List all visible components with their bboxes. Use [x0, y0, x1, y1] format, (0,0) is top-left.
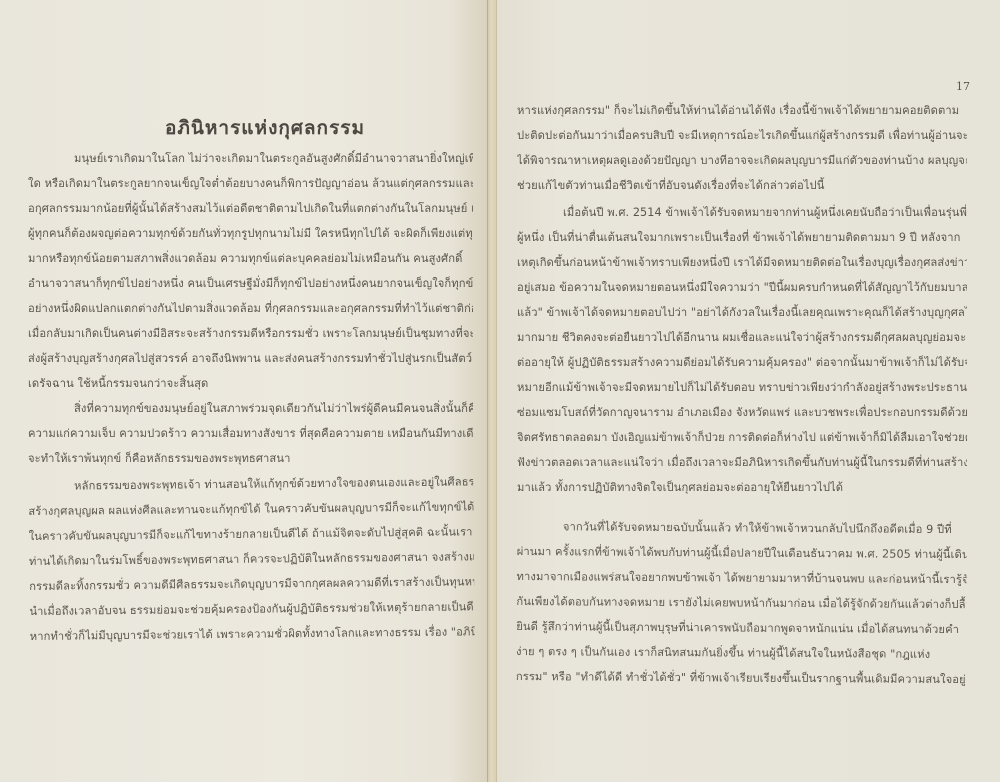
text-line: อกุศลกรรมมากน้อยที่ผู้นั้นได้สร้างสมไว้แ…: [28, 196, 473, 221]
text-line: ความแก่ความเจ็บ ความปวดร้าว ความเสื่อมทา…: [28, 421, 473, 446]
book-spine: [487, 0, 497, 782]
paragraph-2: เมื่อต้นปี พ.ศ. 2514 ข้าพเจ้าได้รับจดหมา…: [517, 200, 967, 500]
text-line: จะทำให้เราพ้นทุกข์ ก็คือหลักธรรมของพระพุ…: [28, 446, 473, 471]
paragraph-3: จากวันที่ได้รับจดหมายฉบับนั้นแล้ว ทำให้ข…: [516, 514, 967, 692]
right-page: 17 หารแห่งกุศลกรรม" ก็จะไม่เกิดขึ้นให้ท่…: [497, 0, 1000, 782]
text-line: ต่ออายุให้ ผู้ปฏิบัติธรรมสร้างความดีย่อม…: [517, 350, 967, 375]
text-line: ทางมาจากเมืองแพร่สนใจอยากพบข้าพเจ้า ได้พ…: [516, 564, 966, 592]
text-line: หากทำชั่วก็ไม่มีบุญบารมีจะช่วยเราได้ เพร…: [30, 619, 475, 649]
text-line: ปะติดปะต่อกันมาว่าเมื่อครบสิบปี จะมีเหตุ…: [517, 123, 967, 148]
text-line: จิตศรัทธาตลอดมา บังเอิญแม่ข้าพเจ้าก็ป่วย…: [517, 425, 967, 450]
text-line: อยู่เสมอ ข้อความในจดหมายตอนหนึ่งมีใจความ…: [517, 275, 967, 300]
paragraph-1: มนุษย์เราเกิดมาในโลก ไม่ว่าจะเกิดมาในตระ…: [28, 146, 473, 396]
text-line: ช่วยแก้ไขตัวท่านเมื่อชีวิตเข้าที่อับจนดั…: [517, 173, 967, 198]
text-line: แล้ว" ข้าพเจ้าได้จดหมายตอบไปว่า "อย่าได้…: [517, 300, 967, 325]
text-line: มาแล้ว ทั้งการปฏิบัติทางจิตใจเป็นกุศลย่อ…: [517, 475, 967, 500]
text-line: เดรัจฉาน ใช้หนี้กรรมจนกว่าจะสิ้นสุด: [28, 371, 473, 396]
text-line: กรรม" หรือ "ทำดีได้ดี ทำชั่วได้ชั่ว" ที่…: [516, 664, 966, 692]
text-line: ฟังข่าวตลอดเวลาและแน่ใจว่า เมื่อถึงเวลาจ…: [517, 450, 967, 475]
text-line: อย่างหนึ่งผิดแปลกแตกต่างกันไปตามสิ่งแวดล…: [28, 296, 473, 321]
paragraph-2: สิ่งที่ความทุกข์ของมนุษย์อยู่ในสภาพร่วมจ…: [28, 396, 473, 471]
page-number: 17: [956, 80, 970, 93]
text-line: สิ่งที่ความทุกข์ของมนุษย์อยู่ในสภาพร่วมจ…: [28, 396, 473, 421]
text-line: หารแห่งกุศลกรรม" ก็จะไม่เกิดขึ้นให้ท่านไ…: [517, 98, 967, 123]
text-line: ผู้ทุกคนก็ต้องผจญต่อความทุกข์ด้วยกันทั่ว…: [28, 221, 473, 246]
text-line: เมื่อต้นปี พ.ศ. 2514 ข้าพเจ้าได้รับจดหมา…: [517, 200, 967, 225]
text-line: จากวันที่ได้รับจดหมายฉบับนั้นแล้ว ทำให้ข…: [517, 514, 967, 542]
text-line: ง่าย ๆ ตรง ๆ เป็นกันเอง เราก็สนิทสนมกันย…: [516, 639, 966, 667]
text-line: เมื่อกลับมาเกิดเป็นคนต่างมีอิสระจะสร้างก…: [28, 321, 473, 346]
paragraph-1: หารแห่งกุศลกรรม" ก็จะไม่เกิดขึ้นให้ท่านไ…: [517, 98, 967, 198]
text-line: มนุษย์เราเกิดมาในโลก ไม่ว่าจะเกิดมาในตระ…: [28, 146, 473, 171]
text-line: อำนาจวาสนาก็ทุกข์ไปอย่างหนึ่ง คนเป็นเศรษ…: [28, 271, 473, 296]
text-line: ซ่อมแซมโบสถ์ที่วัดกาญจนาราม อำเภอเมือง จ…: [517, 400, 967, 425]
text-line: ใด หรือเกิดมาในตระกูลยากจนเข็ญใจต่ำต้อยบ…: [28, 171, 473, 196]
text-line: เหตุเกิดขึ้นก่อนหน้าข้าพเจ้าทราบเพียงหนึ…: [517, 250, 967, 275]
paragraph-3: หลักธรรมของพระพุทธเจ้า ท่านสอนให้แก้ทุกข…: [28, 469, 475, 649]
text-line: มากหรือทุกข์น้อยตามสภาพสิ่งแวดล้อม ความท…: [28, 246, 473, 271]
text-line: ยินดี รู้สึกว่าท่านผู้นี้เป็นสุภาพบุรุษท…: [516, 614, 966, 642]
text-line: กันเพียงได้ตอบกันทางจดหมาย เรายังไม่เคยพ…: [516, 589, 966, 617]
open-book-spread: อภินิหารแห่งกุศลกรรม มนุษย์เราเกิดมาในโล…: [0, 0, 1000, 782]
left-page: อภินิหารแห่งกุศลกรรม มนุษย์เราเกิดมาในโล…: [0, 0, 487, 782]
text-line: ได้พิจารณาหาเหตุผลดูเองด้วยปัญญา บางทีอา…: [517, 148, 967, 173]
text-line: ส่งผู้สร้างบุญสร้างกุศลไปสู่สวรรค์ อาจถึ…: [28, 346, 473, 371]
text-line: ผู้หนึ่ง เป็นที่น่าตื่นเต้นสนใจมากเพราะเ…: [517, 225, 967, 250]
chapter-title: อภินิหารแห่งกุศลกรรม: [150, 113, 380, 143]
text-line: ผ่านมา ครั้งแรกที่ข้าพเจ้าได้พบกับท่านผู…: [517, 539, 967, 567]
text-line: มากมาย ชีวิตคงจะต่อยืนยาวไปได้อีกนาน ผมเ…: [517, 325, 967, 350]
text-line: หมายอีกแม้ข้าพเจ้าจะมีจดหมายไปก็ไม่ได้รั…: [517, 375, 967, 400]
